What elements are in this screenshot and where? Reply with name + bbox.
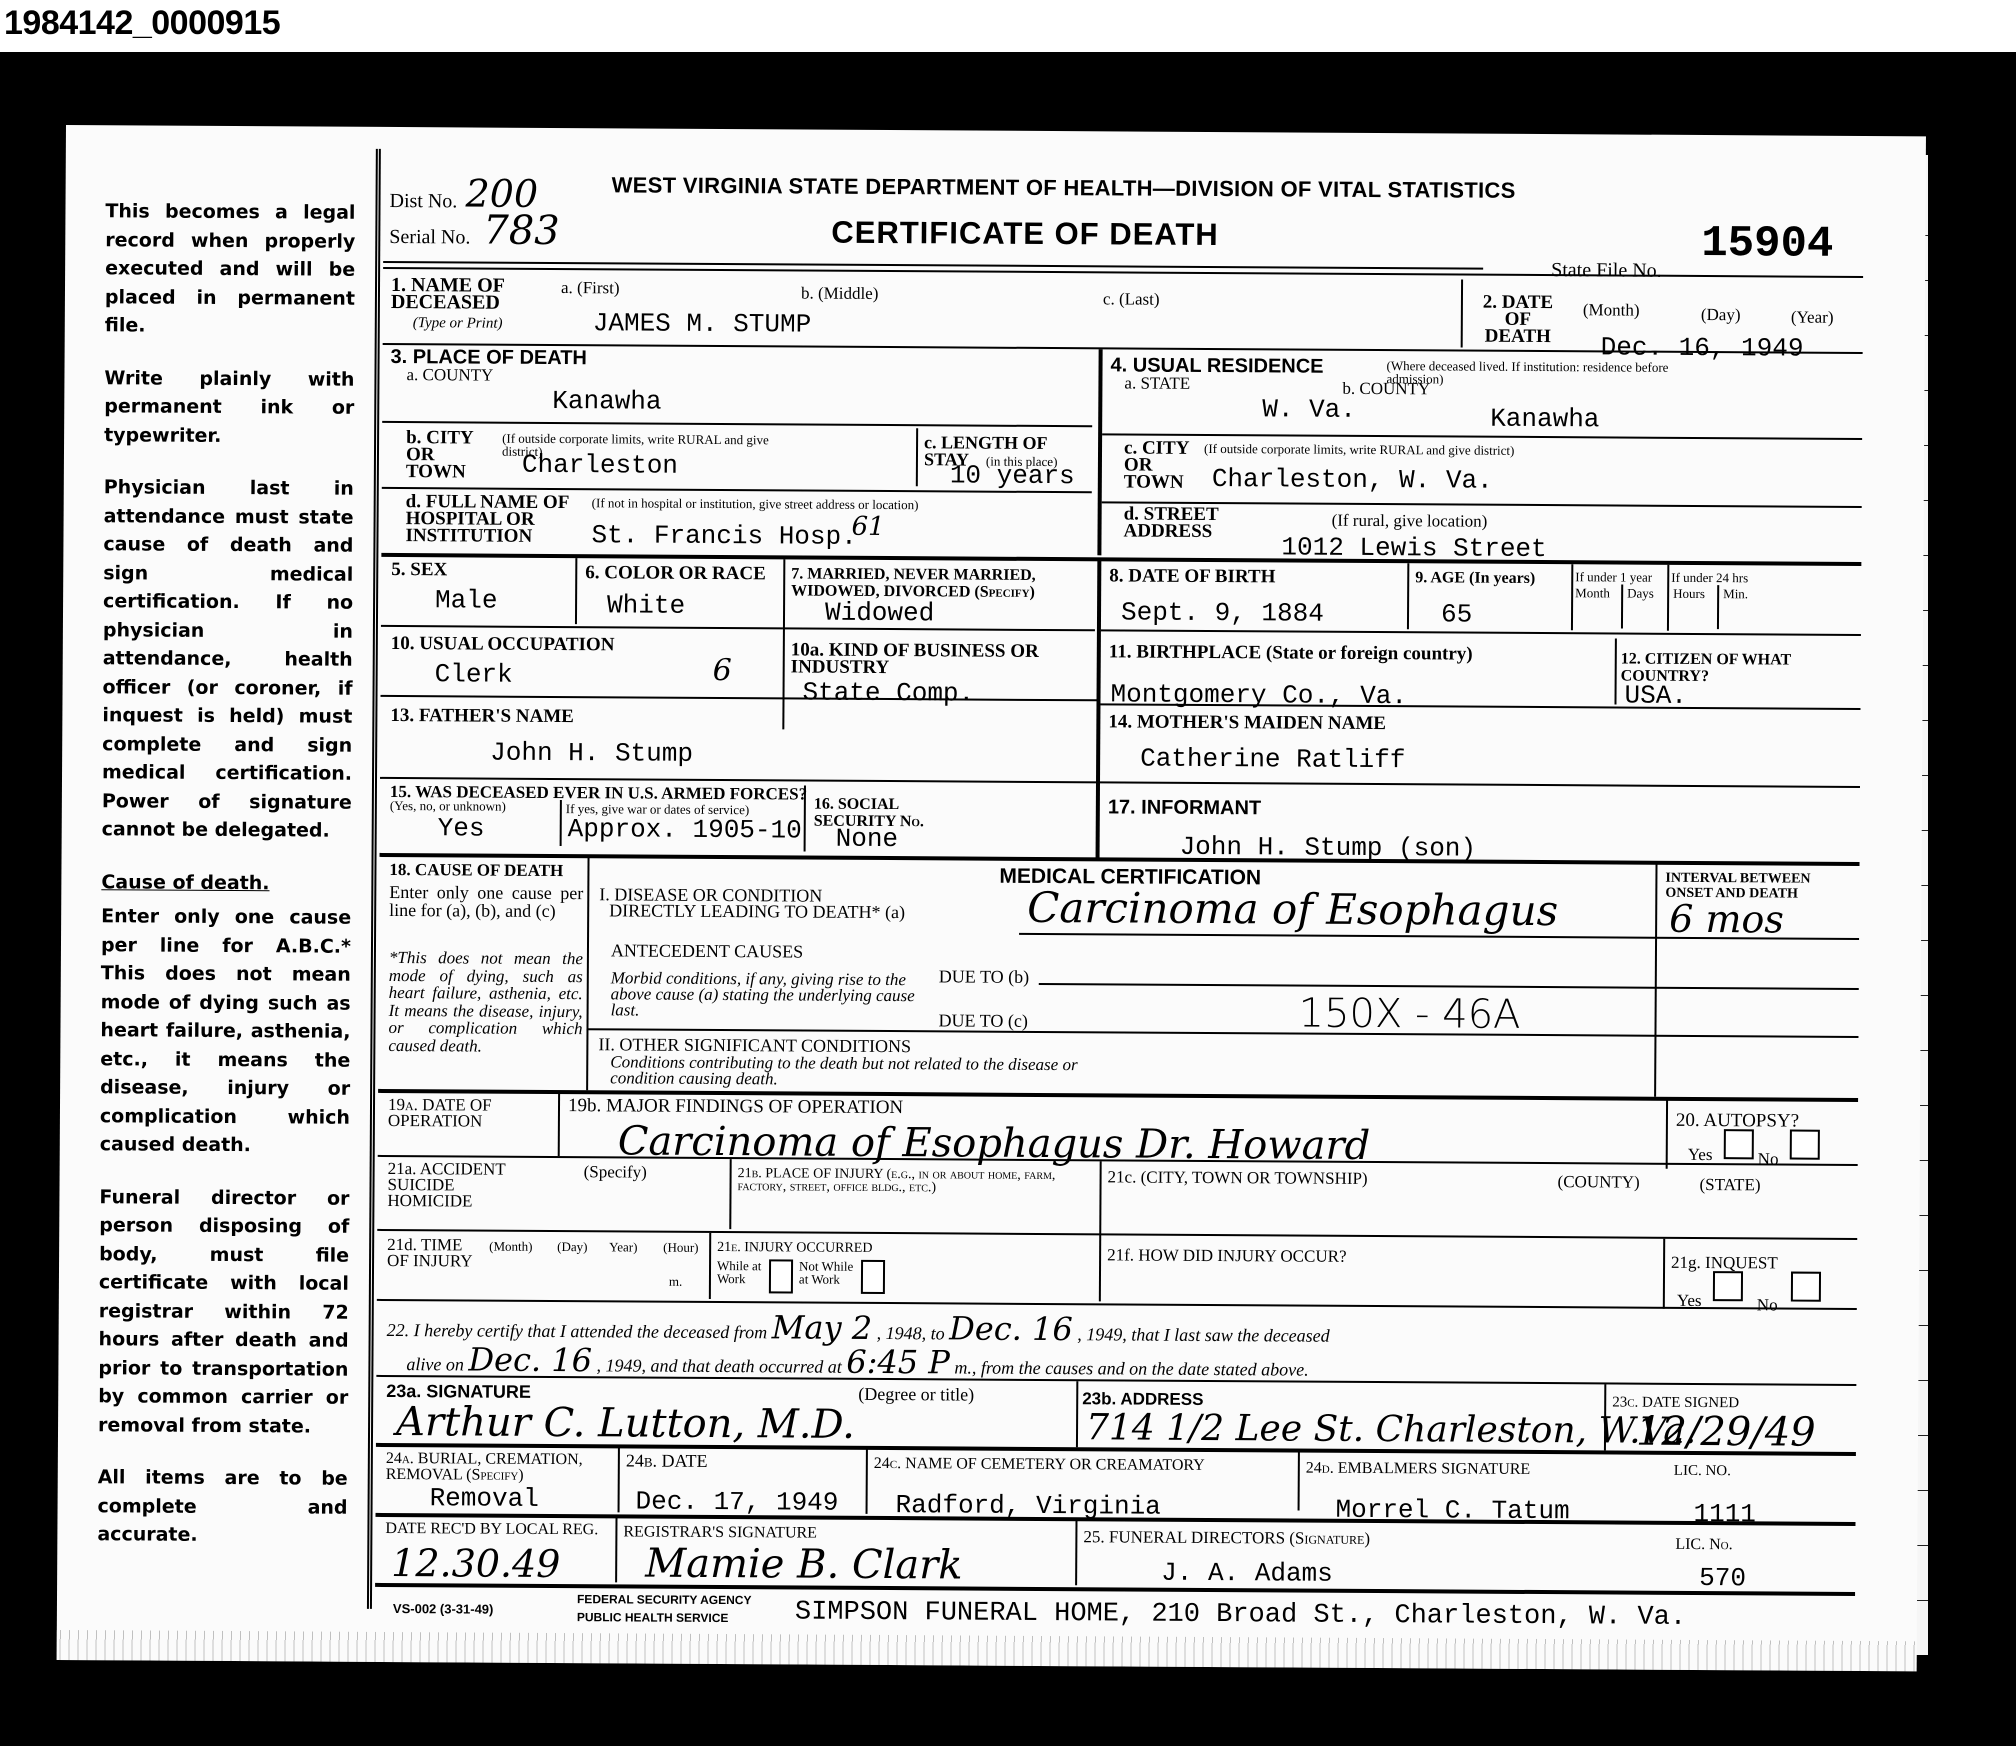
f4-city-label: c. CITY OR TOWN xyxy=(1124,439,1204,490)
f3-city: Charleston xyxy=(522,450,678,481)
f21d-hour: (Hour) xyxy=(663,1241,698,1254)
certificate-form: Dist No. 200 Serial No. 783 WEST VIRGINI… xyxy=(375,149,1922,1638)
due-to-c-label: DUE TO (c) xyxy=(938,1012,1027,1029)
f21c-label: 21c. (CITY, TOWN OR TOWNSHIP) xyxy=(1108,1169,1368,1187)
f9-under-1-year: If under 1 year xyxy=(1575,570,1652,583)
f4-city: Charleston, W. Va. xyxy=(1212,464,1493,496)
footer-agency-1: FEDERAL SECURITY AGENCY xyxy=(577,1592,752,1607)
f4-state: W. Va. xyxy=(1262,394,1356,425)
f3-hospital-note: (If not in hospital or institution, give… xyxy=(592,496,1072,512)
state-file-number: 15904 xyxy=(1701,219,1833,270)
instruction-cause: Enter only one cause per line for A.B.C.… xyxy=(100,902,352,1160)
f21c-county: (COUNTY) xyxy=(1558,1174,1640,1191)
reg-date-received: 12.30.49 xyxy=(391,1541,560,1586)
f13-father-name: John H. Stump xyxy=(490,738,693,769)
f6-race: White xyxy=(607,590,685,620)
instruction-physician: Physician last in attendance must state … xyxy=(102,473,354,845)
f4-street-note: (If rural, give location) xyxy=(1332,513,1488,530)
f21a-label: 21a. ACCIDENT SUICIDE HOMICIDE xyxy=(387,1161,527,1210)
f21d-year: Year) xyxy=(609,1240,637,1253)
f21d-day: (Day) xyxy=(557,1240,587,1253)
f16-social-security: None xyxy=(836,824,899,854)
f24d-lic-label: LIC. NO. xyxy=(1674,1463,1731,1479)
f3-hospital: St. Francis Hosp. xyxy=(591,520,856,552)
f18-note2: *This does not mean the mode of dying, s… xyxy=(388,949,583,1055)
f9-under-24-hrs: If under 24 hrs xyxy=(1671,571,1748,584)
f14-mother-maiden-name: Catherine Ratliff xyxy=(1140,744,1405,776)
f21d-month: (Month) xyxy=(489,1240,532,1253)
reg-signature-label: REGISTRAR'S SIGNATURE xyxy=(623,1524,817,1541)
f24d-label: 24d. EMBALMERS SIGNATURE xyxy=(1306,1461,1530,1478)
f21d-m: m. xyxy=(669,1275,682,1288)
f1-sub: (Type or Print) xyxy=(413,315,503,332)
f11-label: 11. BIRTHPLACE (State or foreign country… xyxy=(1109,643,1473,662)
f21e-label: 21e. INJURY OCCURRED xyxy=(717,1241,872,1255)
f9-label: 9. AGE (In years) xyxy=(1415,569,1535,587)
f21a-specify: (Specify) xyxy=(584,1164,647,1180)
inquest-no-checkbox[interactable] xyxy=(1791,1272,1821,1302)
cause-code-value: 150X - 46A xyxy=(1298,991,1520,1038)
f1-deceased-name: JAMES M. STUMP xyxy=(593,308,812,339)
f22-from: May 2 xyxy=(772,1308,873,1347)
f17-label: 17. INFORMANT xyxy=(1108,799,1261,817)
f6-label: 6. COLOR OR RACE xyxy=(585,564,766,582)
f22-time: 6:45 P xyxy=(846,1343,950,1382)
f10a-business: State Comp. xyxy=(802,678,974,709)
f22-to: Dec. 16 xyxy=(949,1309,1073,1348)
f25-funeral-director: J. A. Adams xyxy=(1161,1558,1333,1589)
serial-no-label: Serial No. xyxy=(389,229,470,245)
f9-month-label: Month xyxy=(1575,586,1610,599)
instruction-legal-record: This becomes a legal record when properl… xyxy=(105,197,356,341)
f20-yes-label: Yes xyxy=(1688,1147,1713,1163)
f21e-not-while-label: Not While at Work xyxy=(799,1259,859,1285)
injury-not-at-work-checkbox[interactable] xyxy=(861,1260,885,1294)
reg-date-label: DATE REC'D BY LOCAL REG. xyxy=(385,1521,605,1538)
interval-a-value: 6 mos xyxy=(1669,897,1784,942)
other-conditions-note: Conditions contributing to the death but… xyxy=(610,1054,1130,1089)
f2-month-label: (Month) xyxy=(1583,302,1640,318)
f15-service-dates: Approx. 1905-10 xyxy=(568,814,802,845)
f9-hours-label: Hours xyxy=(1673,587,1705,600)
f23c-date-signed: 12/29/49 xyxy=(1636,1409,1816,1456)
instructions-column: This becomes a legal record when properl… xyxy=(97,197,355,1574)
morbid-note: Morbid conditions, if any, giving rise t… xyxy=(611,970,921,1020)
registrar-signature: Mamie B. Clark xyxy=(645,1541,963,1589)
f10a-label: 10a. KIND OF BUSINESS OR INDUSTRY xyxy=(791,641,1087,677)
f8-date-of-birth: Sept. 9, 1884 xyxy=(1121,597,1324,628)
f8-label: 8. DATE OF BIRTH xyxy=(1109,567,1275,585)
f9-min-label: Min. xyxy=(1723,587,1748,600)
f14-label: 14. MOTHER'S MAIDEN NAME xyxy=(1108,713,1386,732)
f24a-disposition: Removal xyxy=(430,1483,539,1514)
dist-no-label: Dist No. xyxy=(389,193,457,209)
document-id: 1984142_0000915 xyxy=(4,4,280,43)
f22-line1: 22. I hereby certify that I attended the… xyxy=(387,1317,1330,1344)
f21g-label: 21g. INQUEST xyxy=(1671,1255,1778,1272)
f10-mark: 6 xyxy=(713,653,732,688)
f21b-label: 21b. PLACE OF INJURY (e.g., in or about … xyxy=(737,1167,1093,1195)
f23a-degree-label: (Degree or title) xyxy=(858,1386,974,1403)
due-to-b-label: DUE TO (b) xyxy=(939,968,1029,985)
f3-hospital-label: d. FULL NAME OF HOSPITAL OR INSTITUTION xyxy=(405,493,575,545)
inquest-yes-checkbox[interactable] xyxy=(1713,1271,1743,1301)
f1-label: 1. NAME OF DECEASED xyxy=(391,277,551,312)
f7-marital: Widowed xyxy=(825,598,934,629)
f25-lic-no: 570 xyxy=(1699,1563,1746,1593)
f10-occupation: Clerk xyxy=(435,659,513,689)
serial-no-value: 783 xyxy=(483,208,560,254)
instruction-cause-heading: Cause of death. xyxy=(101,868,351,898)
f15-sub1: (Yes, no, or unknown) xyxy=(390,799,506,813)
f1-middle-label: b. (Middle) xyxy=(801,285,879,301)
f3-city-label: b. CITY OR TOWN xyxy=(406,429,486,480)
f9-days-label: Days xyxy=(1627,587,1654,600)
form-number: VS-002 (3-31-49) xyxy=(393,1601,494,1617)
certificate-title: CERTIFICATE OF DEATH xyxy=(831,215,1219,253)
f21g-no-label: No xyxy=(1757,1297,1778,1313)
f13-label: 13. FATHER'S NAME xyxy=(390,707,574,725)
f4-street-label: d. STREET ADDRESS xyxy=(1123,505,1243,540)
disease-label-2: DIRECTLY LEADING TO DEATH* (a) xyxy=(609,902,905,920)
f21c-state: (STATE) xyxy=(1700,1177,1761,1193)
f7-label: 7. MARRIED, NEVER MARRIED, WIDOWED, DIVO… xyxy=(791,565,1087,601)
f20-label: 20. AUTOPSY? xyxy=(1676,1113,1799,1130)
f15-armed-forces: Yes xyxy=(438,813,485,843)
f5-sex: Male xyxy=(435,585,498,615)
agency-title: WEST VIRGINIA STATE DEPARTMENT OF HEALTH… xyxy=(612,172,1516,204)
f19b-label: 19b. MAJOR FINDINGS OF OPERATION xyxy=(568,1098,903,1116)
f24c-label: 24c. NAME OF CEMETERY OR CREAMATORY xyxy=(874,1456,1205,1474)
f4-city-note: (If outside corporate limits, write RURA… xyxy=(1204,442,1644,458)
antecedent-label: ANTECEDENT CAUSES xyxy=(611,942,803,959)
f9-age: 65 xyxy=(1441,599,1472,629)
funeral-home-stamp: SIMPSON FUNERAL HOME, 210 Broad St., Cha… xyxy=(795,1597,1686,1632)
f4-county: Kanawha xyxy=(1490,404,1599,435)
certificate-paper: This becomes a legal record when properl… xyxy=(57,125,1926,1671)
f22-line2: alive on Dec. 16 , 1949, and that death … xyxy=(406,1351,1308,1378)
f2-label: 2. DATEOFDEATH xyxy=(1473,294,1563,346)
other-conditions-label: II. OTHER SIGNIFICANT CONDITIONS xyxy=(598,1036,911,1054)
f1-last-label: c. (Last) xyxy=(1103,291,1160,307)
f23a-signature: Arthur C. Lutton, M.D. xyxy=(396,1399,855,1448)
f2-day-label: (Day) xyxy=(1701,307,1741,323)
f3-county: Kanawha xyxy=(552,386,661,417)
f18-label: 18. CAUSE OF DEATH xyxy=(389,861,563,879)
footer-agency-2: PUBLIC HEALTH SERVICE xyxy=(577,1610,729,1625)
f19a-label: 19a. DATE OF OPERATION xyxy=(388,1097,528,1130)
cause-a-value: Carcinoma of Esophagus xyxy=(1027,883,1558,935)
instruction-complete: All items are to be complete and accurat… xyxy=(97,1463,348,1550)
f3-hospital-mark: 61 xyxy=(851,512,884,542)
instruction-write-plainly: Write plainly with permanent ink or type… xyxy=(104,364,355,451)
f24a-label: 24a. BURIAL, CREMATION, REMOVAL (Specify… xyxy=(386,1451,606,1484)
f4-note: (Where deceased lived. If institution: r… xyxy=(1386,359,1686,387)
f18-note1: Enter only one cause per line for (a), (… xyxy=(389,883,583,920)
f21f-label: 21f. HOW DID INJURY OCCUR? xyxy=(1107,1247,1347,1264)
f5-label: 5. SEX xyxy=(391,561,447,578)
f25-label: 25. FUNERAL DIRECTORS (Signature) xyxy=(1083,1529,1370,1547)
injury-while-at-work-checkbox[interactable] xyxy=(769,1259,793,1293)
f24b-date: Dec. 17, 1949 xyxy=(636,1487,839,1518)
f2-year-label: (Year) xyxy=(1791,310,1834,326)
f22-alive-on: Dec. 16 xyxy=(468,1340,592,1379)
autopsy-no-checkbox[interactable] xyxy=(1790,1130,1820,1160)
f21d-label: 21d. TIME OF INJURY xyxy=(387,1237,477,1270)
f24b-label: 24b. DATE xyxy=(626,1452,708,1468)
f10-label: 10. USUAL OCCUPATION xyxy=(391,635,615,653)
f3-length-of-stay: 10 years xyxy=(950,460,1075,491)
f1-first-label: a. (First) xyxy=(561,280,620,296)
f3-county-label: a. COUNTY xyxy=(406,367,493,384)
f25-lic-label: LIC. No. xyxy=(1675,1537,1732,1553)
f21e-while-label: While at Work xyxy=(717,1259,767,1285)
f4-state-label: a. STATE xyxy=(1124,375,1190,391)
autopsy-yes-checkbox[interactable] xyxy=(1724,1129,1754,1159)
instruction-funeral-director: Funeral director or person disposing of … xyxy=(98,1183,350,1441)
